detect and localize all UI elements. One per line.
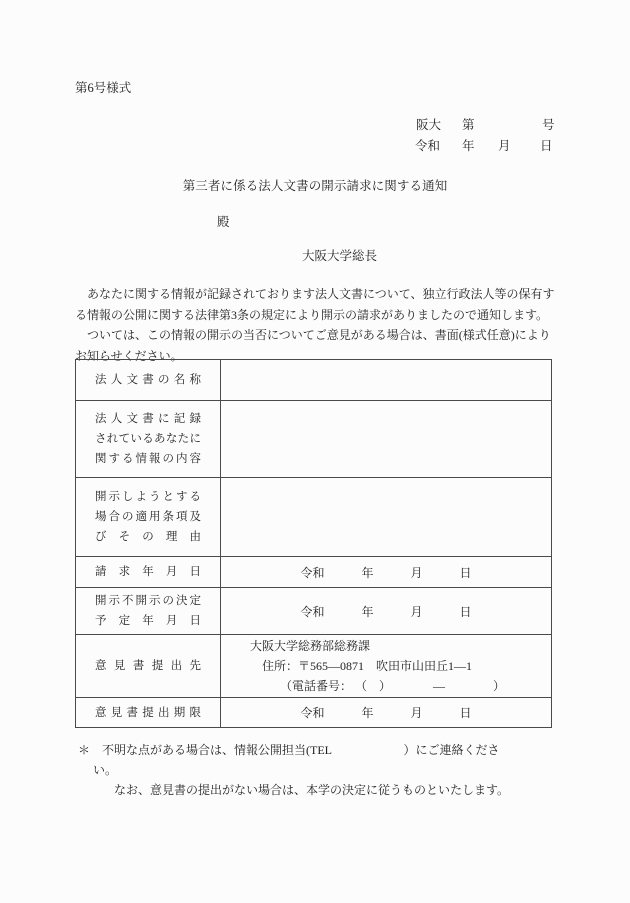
date-year: 年 xyxy=(361,603,373,620)
row-label-cell: 法人文書に記録 されているあなたに 関する情報の内容 xyxy=(76,401,221,478)
doc-number-go: 号 xyxy=(542,115,555,133)
date-era: 令和 xyxy=(300,603,324,620)
form-number: 第6号様式 xyxy=(75,78,131,96)
table-row-decision-date: 開示不開示の決定 予定年月日 令和 年 月 日 xyxy=(76,588,552,635)
row-label-cell: 意見書提出先 xyxy=(76,635,221,698)
date-year: 年 xyxy=(361,564,373,581)
date-year: 年 xyxy=(361,704,373,721)
table-row-request-date: 請求年月日 令和 年 月 日 xyxy=(76,557,552,588)
row-value-cell xyxy=(221,478,552,557)
date-day: 日 xyxy=(460,704,472,721)
row-value-cell: 大阪大学総務部総務課 住所：〒565―0871 吹田市山田丘1―1 （電話番号：… xyxy=(221,635,552,698)
row-value-cell xyxy=(221,401,552,478)
date-era: 令和 xyxy=(300,564,324,581)
year-label: 年 xyxy=(462,136,475,154)
date-era: 令和 xyxy=(300,704,324,721)
document-title: 第三者に係る法人文書の開示請求に関する通知 xyxy=(0,176,630,194)
date-month: 月 xyxy=(411,704,423,721)
table-row-applicable-provisions: 開示しようとする 場合の適用条項及 びその理由 xyxy=(76,478,552,557)
recipient-honorific: 殿 xyxy=(217,212,230,230)
row-label-cell: 開示しようとする 場合の適用条項及 びその理由 xyxy=(76,478,221,557)
date-day: 日 xyxy=(460,564,472,581)
table-row-opinion-deadline: 意見書提出期限 令和 年 月 日 xyxy=(76,698,552,728)
table-row-opinion-address: 意見書提出先 大阪大学総務部総務課 住所：〒565―0871 吹田市山田丘1―1… xyxy=(76,635,552,698)
table-row-recorded-info: 法人文書に記録 されているあなたに 関する情報の内容 xyxy=(76,401,552,478)
month-label: 月 xyxy=(498,136,511,154)
date-line: 令和 年 月 日 xyxy=(222,564,550,581)
row-label-cell: 請求年月日 xyxy=(76,557,221,588)
row-value-cell: 令和 年 月 日 xyxy=(221,588,552,635)
row-value-cell: 令和 年 月 日 xyxy=(221,698,552,728)
footer-note: ＊ 不明な点がある場合は、情報公開担当(TEL ）にご連絡くださ い。 なお、意… xyxy=(78,740,568,800)
table-row-document-name: 法人文書の名称 xyxy=(76,360,552,401)
body-paragraph-1: あなたに関する情報が記録されております法人文書について、独立行政法人等の保有す … xyxy=(75,284,595,325)
date-day: 日 xyxy=(460,603,472,620)
era-label: 令和 xyxy=(415,136,440,154)
date-month: 月 xyxy=(411,564,423,581)
body-text: あなたに関する情報が記録されております法人文書について、独立行政法人等の保有す … xyxy=(75,284,595,366)
row-value-cell xyxy=(221,360,552,401)
document-page: 第6号様式 阪大 第 号 令和 年 月 日 第三者に係る法人文書の開示請求に関す… xyxy=(0,0,630,903)
row-label-cell: 開示不開示の決定 予定年月日 xyxy=(76,588,221,635)
doc-number-dai: 第 xyxy=(462,115,475,133)
notice-table: 法人文書の名称 法人文書に記録 されているあなたに 関する情報の内容 開示しよう… xyxy=(75,359,552,728)
date-month: 月 xyxy=(411,603,423,620)
row-value-cell: 令和 年 月 日 xyxy=(221,557,552,588)
doc-number-prefix: 阪大 xyxy=(416,115,441,133)
row-label-cell: 法人文書の名称 xyxy=(76,360,221,401)
sender-name: 大阪大学総長 xyxy=(302,246,377,264)
date-line: 令和 年 月 日 xyxy=(222,603,550,620)
date-line: 令和 年 月 日 xyxy=(222,704,550,721)
row-label-cell: 意見書提出期限 xyxy=(76,698,221,728)
day-label: 日 xyxy=(540,136,553,154)
